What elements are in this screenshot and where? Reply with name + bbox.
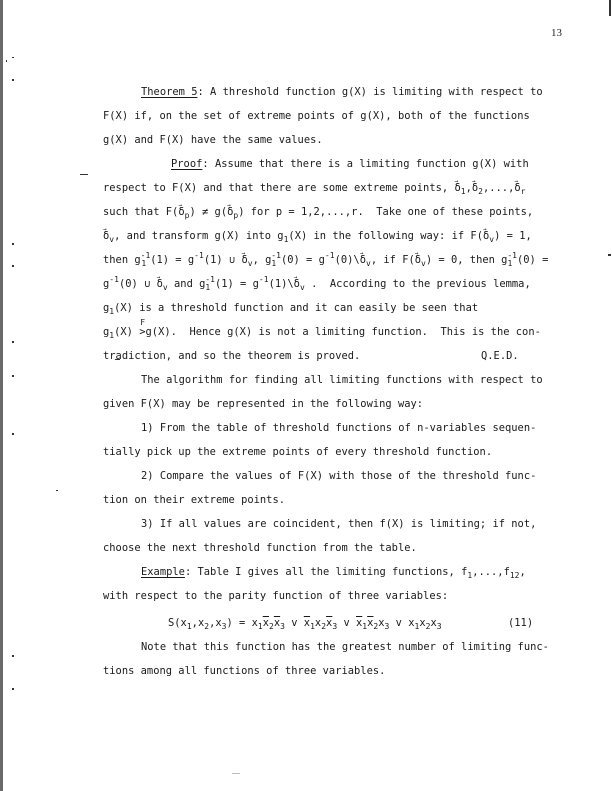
page-number: 13 [551,27,562,39]
scan-speck [12,688,14,690]
theorem-line-1: Theorem 5: A threshold function g(X) is … [141,86,543,98]
proof-line-8: g1(X) F>g(X). Hence g(X) is not a limiti… [103,326,541,338]
scan-speck [12,341,14,343]
algorithm-step-2b: tion on their extreme points. [103,494,285,506]
proof-label: Proof [171,158,202,170]
scan-speck [56,490,58,491]
scan-speck [232,773,240,774]
proof-line-6: g-1(0) ∪ δv and g1-1(1) = g-1(1)\δv . Ac… [103,278,531,290]
algorithm-step-1b: tially pick up the extreme points of eve… [103,446,492,458]
example-line-2: with respect to the parity function of t… [103,590,448,602]
scan-speck [12,655,14,657]
algorithm-intro-1: The algorithm for finding all limiting f… [141,374,543,386]
proof-line-3: such that F(δp) ≠ g(δp) for p = 1,2,...,… [103,206,533,218]
parity-equation: S(x1,x2,x3) = x1x2x3 v x1x2x3 v x1x2x3 v… [168,617,442,629]
scan-speck [6,60,7,62]
note-line-2: tions among all functions of three varia… [103,665,385,677]
proof-line-9: tradiction, and so the theorem is proved… [103,350,360,362]
scan-speck [80,174,88,175]
scan-speck [12,433,14,435]
f-dominance-relation: F> [139,326,145,338]
qed-mark: Q.E.D. [481,350,519,362]
algorithm-step-2a: 2) Compare the values of F(X) with those… [141,470,536,482]
proof-line-2: respect to F(X) and that there are some … [103,182,526,194]
proof-line-5: then g-11(1) = g-1(1) ∪ δv, g1-1(0) = g-… [103,254,548,266]
scan-speck [608,254,611,256]
note-line-1: Note that this function has the greatest… [141,641,549,653]
theorem-line-3: g(X) and F(X) have the same values. [103,134,323,146]
scan-speck [12,57,14,58]
algorithm-step-3a: 3) If all values are coincident, then f(… [141,518,536,530]
scan-speck [12,243,14,245]
proof-line-7: g1(X) is a threshold function and it can… [103,302,478,314]
equation-number: (11) [508,617,533,629]
theorem-label: Theorem 5 [141,86,197,98]
example-label: Example [141,566,185,578]
scan-speck [12,265,14,267]
scan-speck [12,79,14,81]
theorem-line-2: F(X) if, on the set of extreme points of… [103,110,530,122]
example-line-1: Example: Table I gives all the limiting … [141,566,526,578]
proof-line-1: Proof: Assume that there is a limiting f… [171,158,529,170]
scan-right-edge-mark [609,0,611,16]
scan-speck [115,359,120,360]
proof-line-4: δv, and transform g(X) into g1(X) in the… [103,230,532,242]
algorithm-intro-2: given F(X) may be represented in the fol… [103,398,423,410]
algorithm-step-3b: choose the next threshold function from … [103,542,417,554]
algorithm-step-1a: 1) From the table of threshold functions… [141,422,536,434]
scan-speck [12,375,14,377]
scan-left-edge [0,0,3,791]
